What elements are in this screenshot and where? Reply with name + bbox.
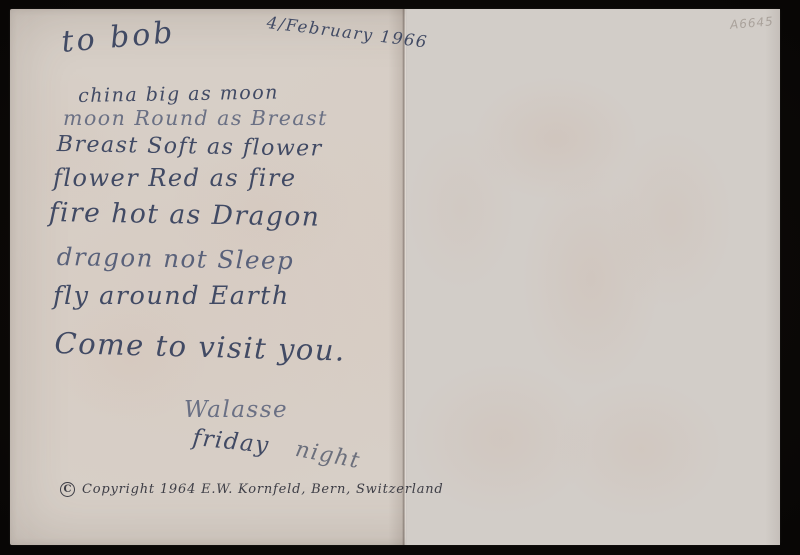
poem-line: fly around Earth	[53, 281, 290, 311]
photo-background: A6645 4/February 1966 to bob china big a…	[0, 0, 800, 555]
poem-line: dragon not Sleep	[56, 242, 294, 275]
copyright-text: Copyright 1964 E.W. Kornfeld, Bern, Swit…	[82, 482, 444, 497]
signature-name: Walasse	[184, 397, 288, 423]
poem-line: flower Red as fire	[53, 164, 297, 192]
poem-line: fire hot as Dragon	[48, 197, 320, 233]
poem-line: china big as moon	[78, 81, 279, 107]
copyright-symbol-icon: C	[60, 482, 75, 497]
fold-crease	[402, 9, 407, 545]
greeting-card: A6645 4/February 1966 to bob china big a…	[10, 9, 780, 545]
poem-line: moon Round as Breast	[63, 106, 328, 130]
card-right-page-blank	[406, 9, 780, 545]
copyright-line: C Copyright 1964 E.W. Kornfeld, Bern, Sw…	[60, 482, 444, 497]
poem-line: Breast Soft as flower	[57, 132, 323, 162]
